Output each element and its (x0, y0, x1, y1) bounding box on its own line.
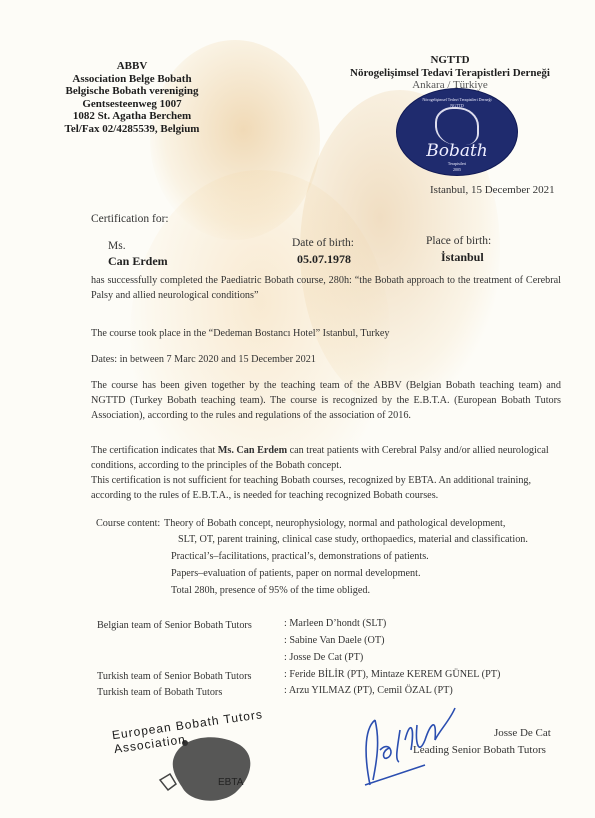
bobath-logo: Nörogelişimsel Tedavi Terapistleri Derne… (396, 88, 518, 176)
logo-brand: Bobath (397, 141, 517, 161)
ebta-stamp: European Bobath Tutors Association EBTA (90, 705, 330, 810)
course-content-label: Course content: (96, 516, 160, 531)
course-content-line: Total 280h, presence of 95% of the time … (171, 583, 370, 598)
tutor-label: Turkish team of Bobath Tutors (97, 685, 222, 700)
tutor-value: : Feride BİLİR (PT), Mintaze KEREM GÜNEL… (284, 667, 500, 682)
abbv-line: 1082 St. Agatha Berchem (52, 110, 212, 123)
tutor-value: : Marleen D’hondt (SLT) (284, 616, 386, 631)
ngttd-header: NGTTD Nörogelişimsel Tedavi Terapistleri… (330, 54, 570, 92)
tutor-value: : Sabine Van Daele (OT) (284, 633, 385, 648)
recipient-name: Can Erdem (108, 254, 168, 269)
ngttd-title: NGTTD (330, 54, 570, 67)
course-content-line: Theory of Bobath concept, neurophysiolog… (164, 516, 505, 531)
ebta-abbr: EBTA (218, 777, 243, 788)
place-date: Istanbul, 15 December 2021 (430, 184, 555, 196)
abbv-line: Belgische Bobath vereniging (52, 85, 212, 98)
course-content-line: Papers–evaluation of patients, paper on … (171, 566, 421, 581)
logo-year: 2005 (397, 167, 517, 172)
completion-text: has successfully completed the Paediatri… (91, 273, 561, 303)
dob-value: 05.07.1978 (297, 252, 351, 267)
certification-scope-text: The certification indicates that Ms. Can… (91, 443, 561, 473)
tutor-value: : Josse De Cat (PT) (284, 650, 363, 665)
hand-icon (435, 107, 479, 145)
limitation-text: This certification is not sufficient for… (91, 473, 561, 503)
pob-label: Place of birth: (426, 235, 491, 247)
teaching-team-text: The course has been given together by th… (91, 378, 561, 423)
certification-label: Certification for: (91, 213, 169, 225)
logo-tagline: Terapistleri (397, 161, 517, 166)
signatory-name: Josse De Cat (494, 727, 551, 739)
course-content-line: Practical’s–facilitations, practical’s, … (171, 549, 429, 564)
tutor-label: Turkish team of Senior Bobath Tutors (97, 669, 251, 684)
dob-label: Date of birth: (292, 237, 354, 249)
tutor-label: Belgian team of Senior Bobath Tutors (97, 618, 252, 633)
dates-text: Dates: in between 7 Marc 2020 and 15 Dec… (91, 352, 561, 367)
tutor-value: : Arzu YILMAZ (PT), Cemil ÖZAL (PT) (284, 683, 453, 698)
recipient-title: Ms. (108, 240, 126, 252)
abbv-header: ABBV Association Belge Bobath Belgische … (52, 60, 212, 135)
logo-top-text: Nörogelişimsel Tedavi Terapistleri Derne… (397, 97, 517, 102)
pob-value: İstanbul (441, 250, 484, 265)
signatory-role: Leading Senior Bobath Tutors (413, 744, 546, 756)
abbv-line: ABBV (52, 60, 212, 73)
abbv-line: Association Belge Bobath (52, 73, 212, 86)
scope-pre: The certification indicates that (91, 445, 218, 456)
venue-text: The course took place in the “Dedeman Bo… (91, 326, 561, 341)
abbv-line: Tel/Fax 02/4285539, Belgium (52, 123, 212, 136)
ngttd-org: Nörogelişimsel Tedavi Terapistleri Derne… (330, 67, 570, 80)
abbv-line: Gentsesteenweg 1007 (52, 98, 212, 111)
scope-name: Ms. Can Erdem (218, 445, 287, 456)
course-content-line: SLT, OT, parent training, clinical case … (178, 532, 528, 547)
